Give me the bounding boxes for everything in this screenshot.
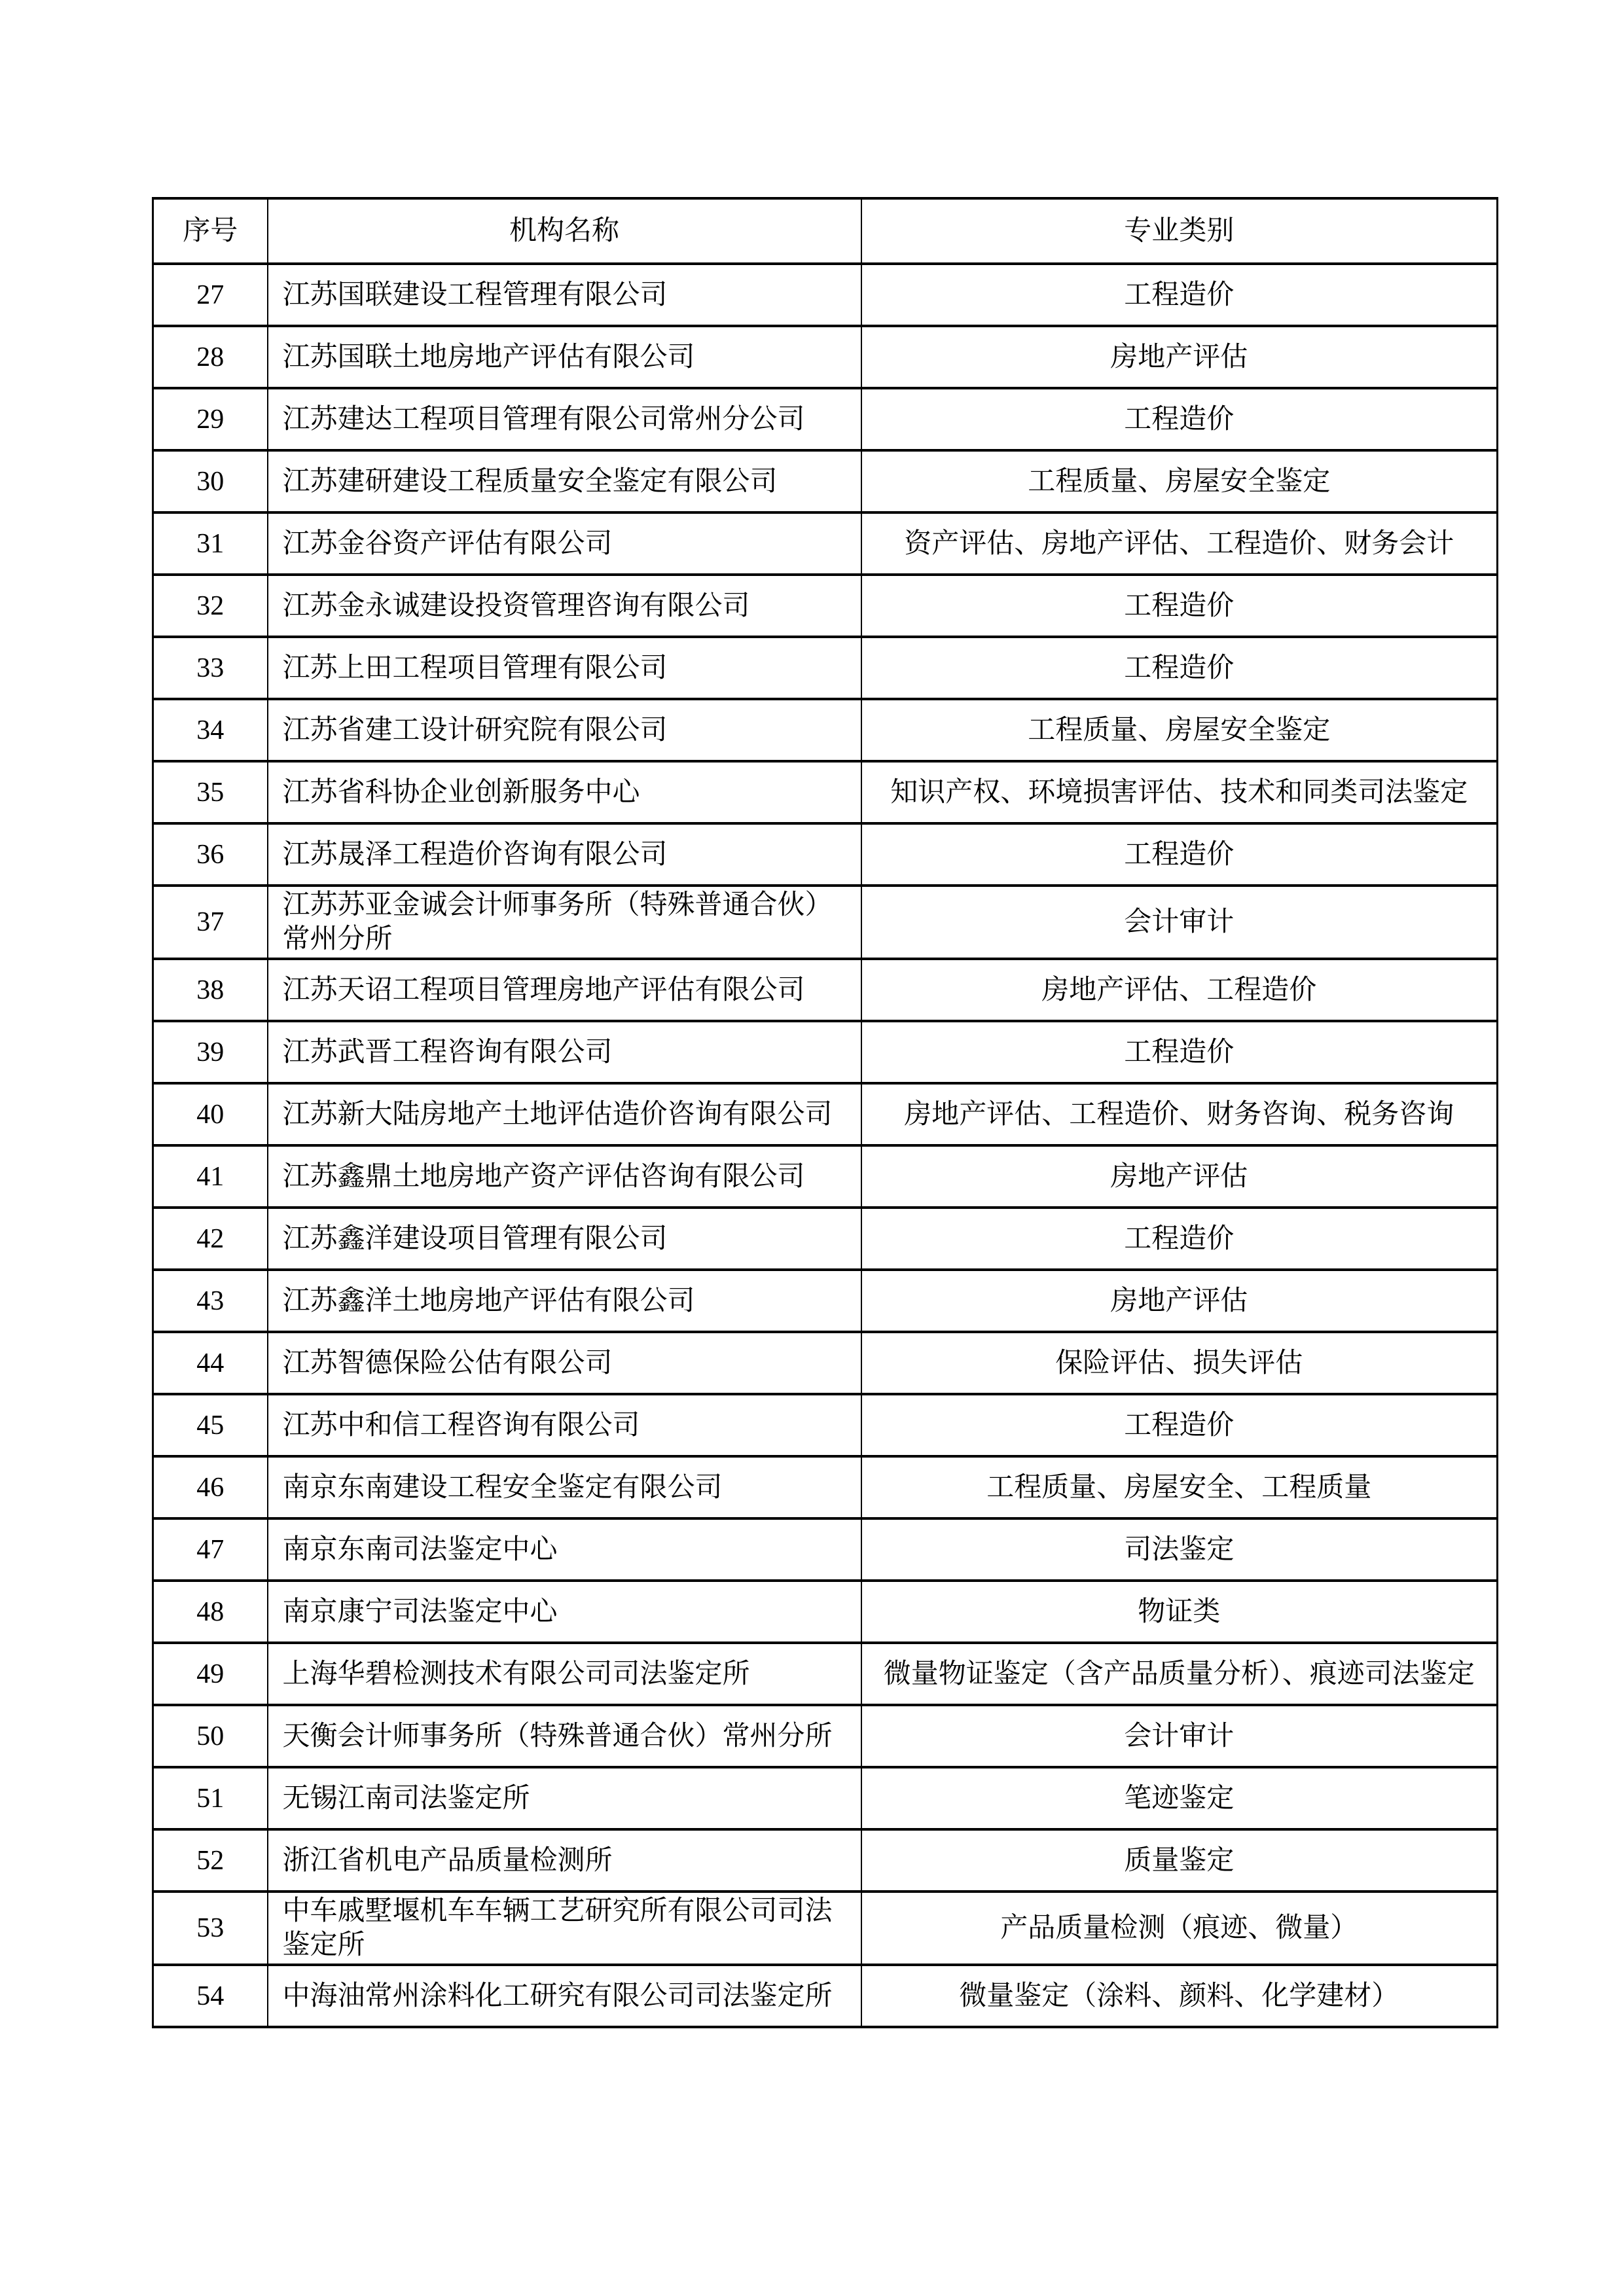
table-row: 52 浙江省机电产品质量检测所 质量鉴定 [153,1829,1498,1892]
category-cell: 工程造价 [861,1394,1498,1456]
institution-name-cell: 江苏国联土地房地产评估有限公司 [268,326,861,388]
institution-name-cell: 江苏新大陆房地产土地评估造价咨询有限公司 [268,1083,861,1145]
institution-name-cell: 江苏鑫洋建设项目管理有限公司 [268,1208,861,1270]
institution-name-cell: 上海华碧检测技术有限公司司法鉴定所 [268,1643,861,1705]
category-cell: 工程造价 [861,264,1498,326]
table-header-row: 序号 机构名称 专业类别 [153,198,1498,264]
category-cell: 工程造价 [861,637,1498,699]
category-cell: 笔迹鉴定 [861,1767,1498,1829]
institution-name-cell: 江苏上田工程项目管理有限公司 [268,637,861,699]
institution-name-cell: 江苏国联建设工程管理有限公司 [268,264,861,326]
institution-name-cell: 江苏鑫洋土地房地产评估有限公司 [268,1270,861,1332]
table-row: 39 江苏武晋工程咨询有限公司 工程造价 [153,1021,1498,1083]
row-number-cell: 52 [153,1829,268,1892]
category-cell: 工程质量、房屋安全、工程质量 [861,1456,1498,1518]
col-header-category: 专业类别 [861,198,1498,264]
category-cell: 资产评估、房地产评估、工程造价、财务会计 [861,512,1498,575]
row-number-cell: 46 [153,1456,268,1518]
row-number-cell: 37 [153,886,268,959]
institution-name-cell: 江苏智德保险公估有限公司 [268,1332,861,1394]
document-page: 序号 机构名称 专业类别 27 江苏国联建设工程管理有限公司 工程造价 28 江… [0,0,1624,2296]
table-row: 36 江苏晟泽工程造价咨询有限公司 工程造价 [153,823,1498,886]
table-row: 53 中车戚墅堰机车车辆工艺研究所有限公司司法鉴定所 产品质量检测（痕迹、微量） [153,1892,1498,1965]
table-row: 40 江苏新大陆房地产土地评估造价咨询有限公司 房地产评估、工程造价、财务咨询、… [153,1083,1498,1145]
row-number-cell: 35 [153,761,268,823]
table-row: 45 江苏中和信工程咨询有限公司 工程造价 [153,1394,1498,1456]
institution-name-cell: 中海油常州涂料化工研究有限公司司法鉴定所 [268,1965,861,2027]
institution-name-cell: 南京东南司法鉴定中心 [268,1518,861,1581]
row-number-cell: 34 [153,699,268,761]
table-row: 33 江苏上田工程项目管理有限公司 工程造价 [153,637,1498,699]
table-row: 43 江苏鑫洋土地房地产评估有限公司 房地产评估 [153,1270,1498,1332]
row-number-cell: 40 [153,1083,268,1145]
institution-name-cell: 江苏鑫鼎土地房地产资产评估咨询有限公司 [268,1145,861,1208]
col-header-name: 机构名称 [268,198,861,264]
row-number-cell: 38 [153,959,268,1021]
row-number-cell: 51 [153,1767,268,1829]
table-row: 28 江苏国联土地房地产评估有限公司 房地产评估 [153,326,1498,388]
table-row: 29 江苏建达工程项目管理有限公司常州分公司 工程造价 [153,388,1498,450]
row-number-cell: 54 [153,1965,268,2027]
category-cell: 工程造价 [861,1021,1498,1083]
category-cell: 司法鉴定 [861,1518,1498,1581]
table-row: 50 天衡会计师事务所（特殊普通合伙）常州分所 会计审计 [153,1705,1498,1767]
institution-name-cell: 江苏中和信工程咨询有限公司 [268,1394,861,1456]
category-cell: 工程质量、房屋安全鉴定 [861,699,1498,761]
institution-name-cell: 江苏建达工程项目管理有限公司常州分公司 [268,388,861,450]
institution-name-cell: 江苏晟泽工程造价咨询有限公司 [268,823,861,886]
institutions-table: 序号 机构名称 专业类别 27 江苏国联建设工程管理有限公司 工程造价 28 江… [152,197,1498,2028]
row-number-cell: 43 [153,1270,268,1332]
category-cell: 物证类 [861,1581,1498,1643]
row-number-cell: 42 [153,1208,268,1270]
row-number-cell: 32 [153,575,268,637]
category-cell: 质量鉴定 [861,1829,1498,1892]
institution-name-cell: 江苏金谷资产评估有限公司 [268,512,861,575]
table-row: 38 江苏天诏工程项目管理房地产评估有限公司 房地产评估、工程造价 [153,959,1498,1021]
category-cell: 工程造价 [861,1208,1498,1270]
institution-name-cell: 江苏苏亚金诚会计师事务所（特殊普通合伙）常州分所 [268,886,861,959]
table-row: 31 江苏金谷资产评估有限公司 资产评估、房地产评估、工程造价、财务会计 [153,512,1498,575]
row-number-cell: 49 [153,1643,268,1705]
table-row: 41 江苏鑫鼎土地房地产资产评估咨询有限公司 房地产评估 [153,1145,1498,1208]
category-cell: 会计审计 [861,1705,1498,1767]
row-number-cell: 45 [153,1394,268,1456]
institution-name-cell: 南京东南建设工程安全鉴定有限公司 [268,1456,861,1518]
row-number-cell: 39 [153,1021,268,1083]
table-row: 54 中海油常州涂料化工研究有限公司司法鉴定所 微量鉴定（涂料、颜料、化学建材） [153,1965,1498,2027]
table-row: 27 江苏国联建设工程管理有限公司 工程造价 [153,264,1498,326]
table-row: 48 南京康宁司法鉴定中心 物证类 [153,1581,1498,1643]
row-number-cell: 30 [153,450,268,512]
table-row: 42 江苏鑫洋建设项目管理有限公司 工程造价 [153,1208,1498,1270]
table-row: 46 南京东南建设工程安全鉴定有限公司 工程质量、房屋安全、工程质量 [153,1456,1498,1518]
category-cell: 房地产评估 [861,326,1498,388]
institution-name-cell: 江苏武晋工程咨询有限公司 [268,1021,861,1083]
category-cell: 保险评估、损失评估 [861,1332,1498,1394]
table-row: 37 江苏苏亚金诚会计师事务所（特殊普通合伙）常州分所 会计审计 [153,886,1498,959]
category-cell: 工程造价 [861,388,1498,450]
table-row: 47 南京东南司法鉴定中心 司法鉴定 [153,1518,1498,1581]
category-cell: 会计审计 [861,886,1498,959]
category-cell: 房地产评估 [861,1145,1498,1208]
category-cell: 产品质量检测（痕迹、微量） [861,1892,1498,1965]
category-cell: 微量物证鉴定（含产品质量分析）、痕迹司法鉴定 [861,1643,1498,1705]
row-number-cell: 41 [153,1145,268,1208]
table-row: 35 江苏省科协企业创新服务中心 知识产权、环境损害评估、技术和同类司法鉴定 [153,761,1498,823]
row-number-cell: 48 [153,1581,268,1643]
institution-name-cell: 南京康宁司法鉴定中心 [268,1581,861,1643]
row-number-cell: 36 [153,823,268,886]
category-cell: 微量鉴定（涂料、颜料、化学建材） [861,1965,1498,2027]
category-cell: 房地产评估、工程造价、财务咨询、税务咨询 [861,1083,1498,1145]
row-number-cell: 33 [153,637,268,699]
row-number-cell: 53 [153,1892,268,1965]
category-cell: 工程造价 [861,823,1498,886]
table-body: 27 江苏国联建设工程管理有限公司 工程造价 28 江苏国联土地房地产评估有限公… [153,264,1498,2027]
row-number-cell: 29 [153,388,268,450]
table-row: 30 江苏建研建设工程质量安全鉴定有限公司 工程质量、房屋安全鉴定 [153,450,1498,512]
row-number-cell: 27 [153,264,268,326]
category-cell: 工程质量、房屋安全鉴定 [861,450,1498,512]
row-number-cell: 47 [153,1518,268,1581]
table-row: 44 江苏智德保险公估有限公司 保险评估、损失评估 [153,1332,1498,1394]
institution-name-cell: 江苏建研建设工程质量安全鉴定有限公司 [268,450,861,512]
row-number-cell: 31 [153,512,268,575]
institution-name-cell: 江苏省建工设计研究院有限公司 [268,699,861,761]
institution-name-cell: 江苏天诏工程项目管理房地产评估有限公司 [268,959,861,1021]
row-number-cell: 44 [153,1332,268,1394]
institution-name-cell: 无锡江南司法鉴定所 [268,1767,861,1829]
category-cell: 工程造价 [861,575,1498,637]
table-row: 34 江苏省建工设计研究院有限公司 工程质量、房屋安全鉴定 [153,699,1498,761]
category-cell: 知识产权、环境损害评估、技术和同类司法鉴定 [861,761,1498,823]
col-header-number: 序号 [153,198,268,264]
category-cell: 房地产评估 [861,1270,1498,1332]
row-number-cell: 50 [153,1705,268,1767]
institution-name-cell: 中车戚墅堰机车车辆工艺研究所有限公司司法鉴定所 [268,1892,861,1965]
institution-name-cell: 浙江省机电产品质量检测所 [268,1829,861,1892]
category-cell: 房地产评估、工程造价 [861,959,1498,1021]
table-row: 51 无锡江南司法鉴定所 笔迹鉴定 [153,1767,1498,1829]
table-row: 49 上海华碧检测技术有限公司司法鉴定所 微量物证鉴定（含产品质量分析）、痕迹司… [153,1643,1498,1705]
row-number-cell: 28 [153,326,268,388]
institution-name-cell: 天衡会计师事务所（特殊普通合伙）常州分所 [268,1705,861,1767]
institution-name-cell: 江苏金永诚建设投资管理咨询有限公司 [268,575,861,637]
table-row: 32 江苏金永诚建设投资管理咨询有限公司 工程造价 [153,575,1498,637]
institution-name-cell: 江苏省科协企业创新服务中心 [268,761,861,823]
